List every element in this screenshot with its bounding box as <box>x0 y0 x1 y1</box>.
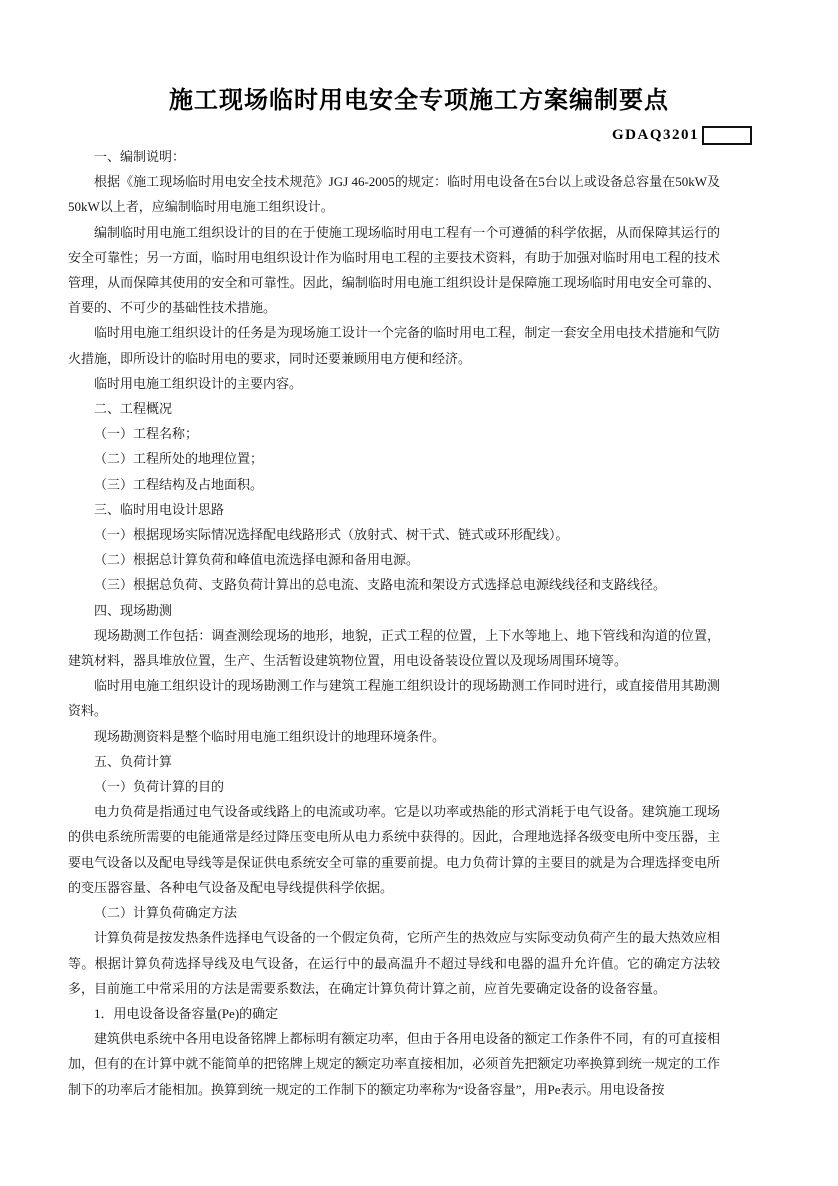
form-code-row: GDAQ3201 <box>612 125 752 145</box>
numbered-item: 1．用电设备设备容量(Pe)的确定 <box>68 1001 720 1026</box>
body-paragraph: 建筑供电系统中各用电设备铭牌上都标明有额定功率，但由于各用电设备的额定工作条件不… <box>68 1026 720 1102</box>
body-paragraph: 电力负荷是指通过电气设备或线路上的电流或功率。它是以功率或热能的形式消耗于电气设… <box>68 799 720 900</box>
section-heading: 二、工程概况 <box>68 396 720 421</box>
body-paragraph: 编制临时用电施工组织设计的目的在于使施工现场临时用电工程有一个可遵循的科学依据，… <box>68 220 720 321</box>
list-item: （三）根据总负荷、支路负荷计算出的总电流、支路电流和架设方式选择总电源线线径和支… <box>68 572 720 597</box>
document-page: 施工现场临时用电安全专项施工方案编制要点 GDAQ3201 一、编制说明： 根据… <box>0 0 838 1186</box>
list-item: （二）工程所处的地理位置； <box>68 446 720 471</box>
body-paragraph: 根据《施工现场临时用电安全技术规范》JGJ 46-2005的规定：临时用电设备在… <box>68 169 720 219</box>
section-heading: 五、负荷计算 <box>68 749 720 774</box>
body-paragraph: 现场勘测资料是整个临时用电施工组织设计的地理环境条件。 <box>68 724 720 749</box>
list-item: （二）计算负荷确定方法 <box>68 900 720 925</box>
list-item: （一）负荷计算的目的 <box>68 774 720 799</box>
list-item: （三）工程结构及占地面积。 <box>68 472 720 497</box>
list-item: （一）根据现场实际情况选择配电线路形式（放射式、树干式、链式或环形配线）。 <box>68 522 720 547</box>
form-code-label: GDAQ3201 <box>612 125 699 145</box>
body-paragraph: 临时用电施工组织设计的现场勘测工作与建筑工程施工组织设计的现场勘测工作同时进行，… <box>68 673 720 723</box>
body-paragraph: 临时用电施工组织设计的主要内容。 <box>68 371 720 396</box>
body-paragraph: 临时用电施工组织设计的任务是为现场施工设计一个完备的临时用电工程，制定一套安全用… <box>68 320 720 370</box>
document-body: 一、编制说明： 根据《施工现场临时用电安全技术规范》JGJ 46-2005的规定… <box>68 144 720 1102</box>
list-item: （二）根据总计算负荷和峰值电流选择电源和备用电源。 <box>68 547 720 572</box>
page-title: 施工现场临时用电安全专项施工方案编制要点 <box>0 80 838 115</box>
list-item: （一）工程名称； <box>68 421 720 446</box>
form-code-box[interactable] <box>702 126 752 145</box>
body-paragraph: 计算负荷是按发热条件选择电气设备的一个假定负荷，它所产生的热效应与实际变动负荷产… <box>68 925 720 1001</box>
body-paragraph: 现场勘测工作包括：调查测绘现场的地形，地貌，正式工程的位置，上下水等地上、地下管… <box>68 623 720 673</box>
section-heading: 一、编制说明： <box>68 144 720 169</box>
section-heading: 四、现场勘测 <box>68 598 720 623</box>
section-heading: 三、临时用电设计思路 <box>68 497 720 522</box>
